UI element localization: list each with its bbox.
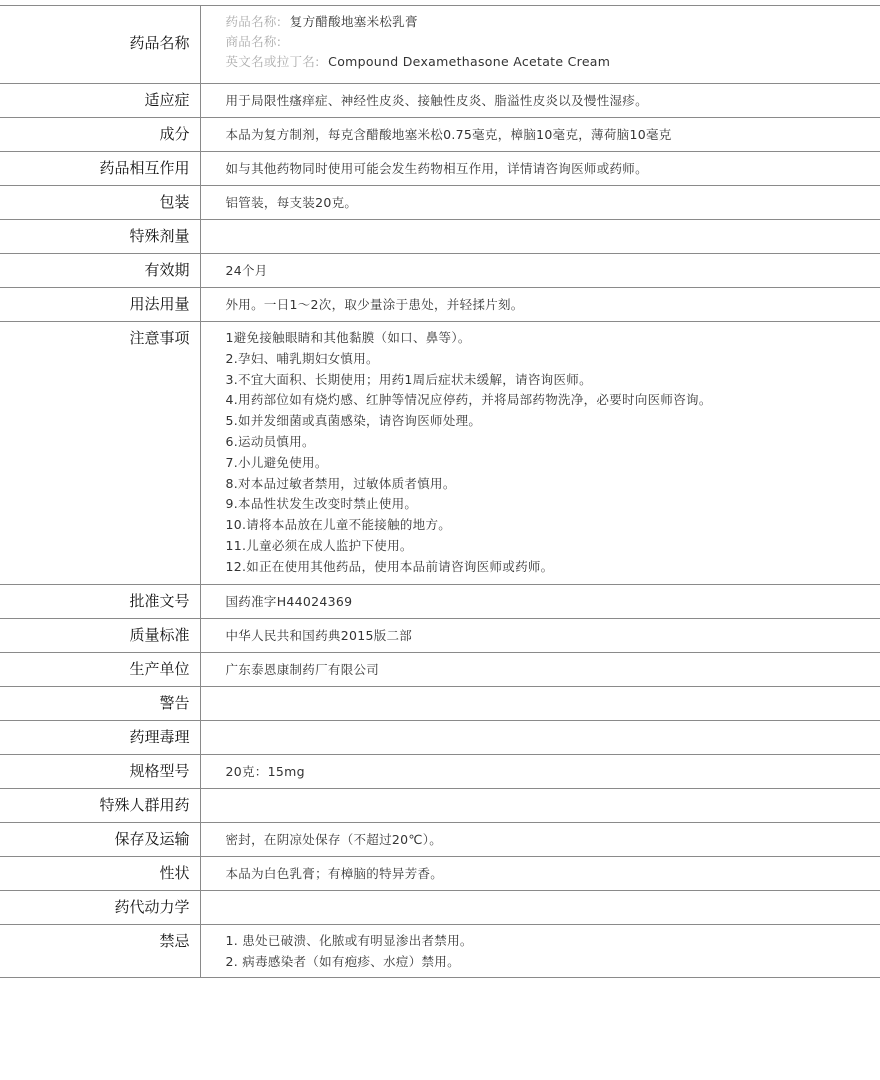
row-value: 用于局限性瘙痒症、神经性皮炎、接触性皮炎、脂溢性皮炎以及慢性湿疹。 [200,84,880,118]
row-value: 铝管装，每支装20克。 [200,186,880,220]
english-name-value: Compound Dexamethasone Acetate Cream [328,54,610,69]
row-value [200,220,880,254]
row-label: 警告 [0,687,200,721]
row-shelf-life: 有效期 24个月 [0,254,880,288]
row-composition: 成分 本品为复方制剂，每克含醋酸地塞米松0.75毫克，樟脑10毫克，薄荷脑10毫… [0,118,880,152]
row-value: 20克：15mg [200,755,880,789]
row-label: 药代动力学 [0,891,200,925]
english-name-line: 英文名或拉丁名: Compound Dexamethasone Acetate … [226,52,871,72]
row-special-population: 特殊人群用药 [0,789,880,823]
row-label: 适应症 [0,84,200,118]
row-value: 如与其他药物同时使用可能会发生药物相互作用，详情请咨询医师或药师。 [200,152,880,186]
row-value: 中华人民共和国药典2015版二部 [200,619,880,653]
drug-name-label: 药品名称: [226,14,282,29]
precaution-item: 1避免接触眼睛和其他黏膜（如口、鼻等）。 [226,328,871,349]
row-quality-standard: 质量标准 中华人民共和国药典2015版二部 [0,619,880,653]
contraindication-item: 1. 患处已破溃、化脓或有明显渗出者禁用。 [226,930,871,951]
row-usage: 用法用量 外用。一日1～2次，取少量涂于患处，并轻揉片刻。 [0,288,880,322]
row-storage: 保存及运输 密封，在阴凉处保存（不超过20℃）。 [0,823,880,857]
row-value: 本品为白色乳膏；有樟脑的特异芳香。 [200,857,880,891]
row-warning: 警告 [0,687,880,721]
precaution-item: 8.对本品过敏者禁用，过敏体质者慎用。 [226,474,871,495]
precaution-item: 10.请将本品放在儿童不能接触的地方。 [226,515,871,536]
row-manufacturer: 生产单位 广东泰恩康制药厂有限公司 [0,653,880,687]
row-approval-number: 批准文号 国药准字H44024369 [0,585,880,619]
english-name-label: 英文名或拉丁名: [226,54,320,69]
row-label: 禁忌 [0,925,200,978]
row-label: 特殊剂量 [0,220,200,254]
row-label: 性状 [0,857,200,891]
precaution-item: 4.用药部位如有烧灼感、红肿等情况应停药，并将局部药物洗净，必要时向医师咨询。 [226,390,871,411]
precaution-item: 2.孕妇、哺乳期妇女慎用。 [226,349,871,370]
row-pharmacokinetics: 药代动力学 [0,891,880,925]
row-value: 1避免接触眼睛和其他黏膜（如口、鼻等）。 2.孕妇、哺乳期妇女慎用。 3.不宜大… [200,322,880,585]
row-value [200,789,880,823]
precaution-item: 3.不宜大面积、长期使用；用药1周后症状未缓解，请咨询医师。 [226,370,871,391]
row-label: 成分 [0,118,200,152]
trade-name-line: 商品名称: [226,32,871,52]
row-specification: 规格型号 20克：15mg [0,755,880,789]
row-label: 规格型号 [0,755,200,789]
precaution-item: 11.儿童必须在成人监护下使用。 [226,536,871,557]
row-value: 1. 患处已破溃、化脓或有明显渗出者禁用。 2. 病毒感染者（如有疱疹、水痘）禁… [200,925,880,978]
contraindication-item: 2. 病毒感染者（如有疱疹、水痘）禁用。 [226,951,871,972]
row-label: 药品名称 [0,6,200,84]
row-value: 外用。一日1～2次，取少量涂于患处，并轻揉片刻。 [200,288,880,322]
row-value [200,687,880,721]
row-value: 密封，在阴凉处保存（不超过20℃）。 [200,823,880,857]
row-label: 生产单位 [0,653,200,687]
row-value [200,891,880,925]
row-value: 广东泰恩康制药厂有限公司 [200,653,880,687]
drug-name-value: 复方醋酸地塞米松乳膏 [290,14,418,29]
row-interactions: 药品相互作用 如与其他药物同时使用可能会发生药物相互作用，详情请咨询医师或药师。 [0,152,880,186]
row-pharmacology: 药理毒理 [0,721,880,755]
row-value [200,721,880,755]
row-precautions: 注意事项 1避免接触眼睛和其他黏膜（如口、鼻等）。 2.孕妇、哺乳期妇女慎用。 … [0,322,880,585]
precaution-item: 6.运动员慎用。 [226,432,871,453]
row-label: 质量标准 [0,619,200,653]
trade-name-label: 商品名称: [226,34,282,49]
row-label: 用法用量 [0,288,200,322]
row-contraindications: 禁忌 1. 患处已破溃、化脓或有明显渗出者禁用。 2. 病毒感染者（如有疱疹、水… [0,925,880,978]
row-indications: 适应症 用于局限性瘙痒症、神经性皮炎、接触性皮炎、脂溢性皮炎以及慢性湿疹。 [0,84,880,118]
row-value: 本品为复方制剂，每克含醋酸地塞米松0.75毫克，樟脑10毫克，薄荷脑10毫克 [200,118,880,152]
precaution-item: 5.如并发细菌或真菌感染，请咨询医师处理。 [226,411,871,432]
row-value: 药品名称: 复方醋酸地塞米松乳膏 商品名称: 英文名或拉丁名: Compound… [200,6,880,84]
row-label: 批准文号 [0,585,200,619]
row-value: 国药准字H44024369 [200,585,880,619]
row-packaging: 包装 铝管装，每支装20克。 [0,186,880,220]
row-drug-name: 药品名称 药品名称: 复方醋酸地塞米松乳膏 商品名称: 英文名或拉丁名: Com… [0,6,880,84]
precaution-item: 7.小儿避免使用。 [226,453,871,474]
row-label: 包装 [0,186,200,220]
row-label: 药品相互作用 [0,152,200,186]
row-appearance: 性状 本品为白色乳膏；有樟脑的特异芳香。 [0,857,880,891]
row-value: 24个月 [200,254,880,288]
drug-name-line: 药品名称: 复方醋酸地塞米松乳膏 [226,12,871,32]
drug-spec-table: 药品名称 药品名称: 复方醋酸地塞米松乳膏 商品名称: 英文名或拉丁名: Com… [0,5,880,978]
precaution-item: 9.本品性状发生改变时禁止使用。 [226,494,871,515]
row-label: 药理毒理 [0,721,200,755]
row-label: 注意事项 [0,322,200,585]
row-special-dosage: 特殊剂量 [0,220,880,254]
row-label: 保存及运输 [0,823,200,857]
row-label: 有效期 [0,254,200,288]
row-label: 特殊人群用药 [0,789,200,823]
precaution-item: 12.如正在使用其他药品，使用本品前请咨询医师或药师。 [226,557,871,578]
